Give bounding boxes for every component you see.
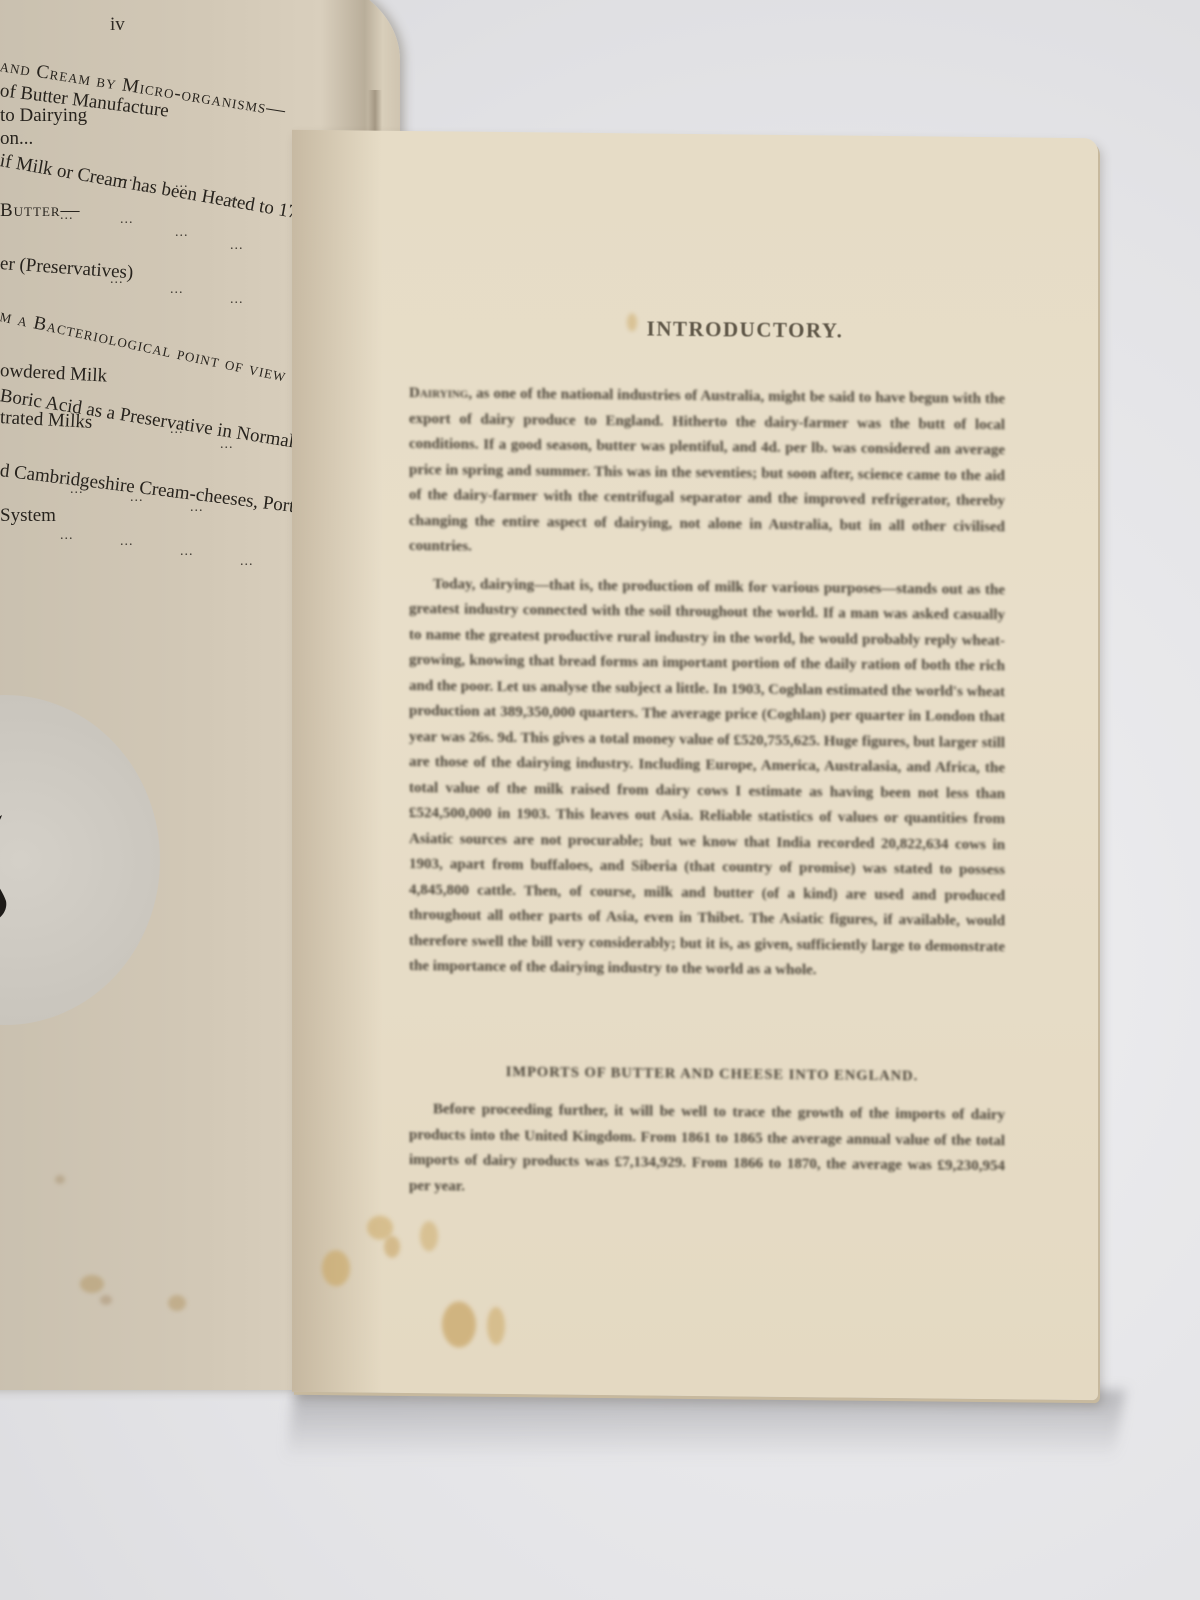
toc-entry: trated Milks (0, 407, 93, 434)
toc-entry: on... (0, 128, 33, 150)
page-number: iv (110, 14, 125, 36)
lead-word: Dairying, (409, 385, 472, 402)
leader-dots: ... (110, 272, 124, 288)
foxing-stain (627, 313, 637, 331)
leader-dots: ... (220, 437, 234, 453)
book-shadow (285, 1390, 1125, 1460)
foxing-stain (487, 1307, 505, 1345)
foxing-stain (384, 1236, 400, 1258)
imports-body: Before proceeding further, it will be we… (409, 1097, 1005, 1205)
leader-dots: ... (130, 490, 144, 506)
introductory-body: Dairying, as one of the national industr… (409, 381, 1005, 986)
toc-entry: to Dairying (0, 105, 87, 127)
right-page: INTRODUCTORY. Dairying, as one of the na… (292, 130, 1098, 1400)
leader-dots: ... (230, 292, 244, 308)
foxing-stain (442, 1301, 476, 1347)
leader-dots: ... (70, 482, 84, 498)
leader-dots: ... (175, 225, 189, 241)
foxing-stain (420, 1221, 438, 1251)
foxing-stain (168, 1295, 186, 1311)
foxing-stain (100, 1295, 112, 1305)
leader-dots: ... (60, 528, 74, 544)
leader-dots: ... (190, 500, 204, 516)
cow-head-illustration (0, 805, 50, 945)
foxing-stain (80, 1275, 104, 1293)
toc-entry: System (0, 505, 56, 527)
foxing-stain (55, 1175, 65, 1184)
leader-dots: ... (120, 534, 134, 550)
toc-entry: owdered Milk (0, 360, 108, 388)
paragraph: Dairying, as one of the national industr… (409, 381, 1005, 566)
leader-dots: ... (240, 554, 254, 570)
leader-dots: ... (60, 208, 74, 224)
leader-dots: ... (120, 170, 134, 186)
frontispiece-illustration (0, 695, 160, 1025)
section-heading: IMPORTS OF BUTTER AND CHEESE INTO ENGLAN… (432, 1063, 992, 1086)
leader-dots: ... (175, 176, 189, 192)
paragraph: Today, dairying—that is, the production … (409, 572, 1005, 986)
leader-dots: ... (230, 238, 244, 254)
leader-dots: ... (230, 190, 244, 206)
chapter-title: INTRODUCTORY. (292, 313, 1098, 346)
leader-dots: ... (50, 262, 64, 278)
leader-dots: ... (180, 544, 194, 560)
leader-dots: ... (170, 282, 184, 298)
foxing-stain (322, 1250, 350, 1286)
paragraph: Before proceeding further, it will be we… (409, 1097, 1005, 1205)
leader-dots: ... (120, 212, 134, 228)
leader-dots: ... (170, 422, 184, 438)
